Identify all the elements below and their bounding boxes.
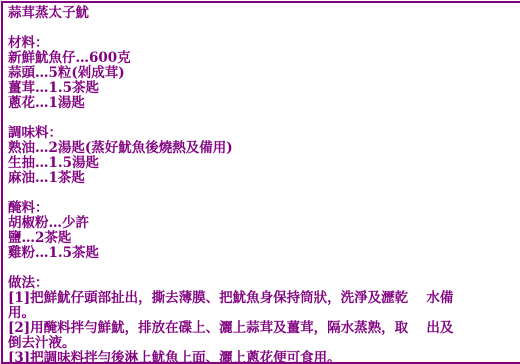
- ingredient-line: 蔥花…1湯匙: [8, 96, 520, 111]
- step-line: [3]把調味料拌勻後淋上魷魚上面、灑上蔥花便可食用。: [8, 351, 520, 364]
- ingredient-line: 新鮮魷魚仔…600克: [8, 51, 520, 66]
- recipe-title: 蒜茸蒸太子魷: [8, 6, 520, 21]
- ingredient-line: 麻油…1茶匙: [8, 171, 520, 186]
- section-heading: 醃料：: [8, 201, 520, 216]
- ingredient-line: 雞粉…1.5茶匙: [8, 246, 520, 261]
- step-line: 倒去汁液。: [8, 336, 520, 351]
- step-line: [2]用醃料拌勻鮮魷，排放在碟上、灑上蒜茸及薑茸，隔水蒸熟，取 出及: [8, 321, 520, 336]
- ingredient-line: 熟油…2湯匙(蒸好魷魚後燒熱及備用): [8, 141, 520, 156]
- section-heading: 材料：: [8, 36, 520, 51]
- section-steps: 做法： [1]把鮮魷仔頭部扯出，撕去薄膜、把魷魚身保持筒狀，洗淨及瀝乾 水備 用…: [8, 276, 520, 364]
- section-heading: 調味料：: [8, 126, 520, 141]
- step-line: [1]把鮮魷仔頭部扯出，撕去薄膜、把魷魚身保持筒狀，洗淨及瀝乾 水備: [8, 291, 520, 306]
- ingredient-line: 胡椒粉…少許: [8, 216, 520, 231]
- section-materials: 材料： 新鮮魷魚仔…600克 蒜頭…5粒(剁成茸) 薑茸…1.5茶匙 蔥花…1湯…: [8, 36, 520, 111]
- recipe-page: 蒜茸蒸太子魷 材料： 新鮮魷魚仔…600克 蒜頭…5粒(剁成茸) 薑茸…1.5茶…: [1, 1, 520, 364]
- section-marinade: 醃料： 胡椒粉…少許 鹽…2茶匙 雞粉…1.5茶匙: [8, 201, 520, 261]
- step-line: 用。: [8, 306, 520, 321]
- ingredient-line: 蒜頭…5粒(剁成茸): [8, 66, 520, 81]
- ingredient-line: 鹽…2茶匙: [8, 231, 520, 246]
- ingredient-line: 薑茸…1.5茶匙: [8, 81, 520, 96]
- ingredient-line: 生抽…1.5湯匙: [8, 156, 520, 171]
- section-seasoning: 調味料： 熟油…2湯匙(蒸好魷魚後燒熱及備用) 生抽…1.5湯匙 麻油…1茶匙: [8, 126, 520, 186]
- section-heading: 做法：: [8, 276, 520, 291]
